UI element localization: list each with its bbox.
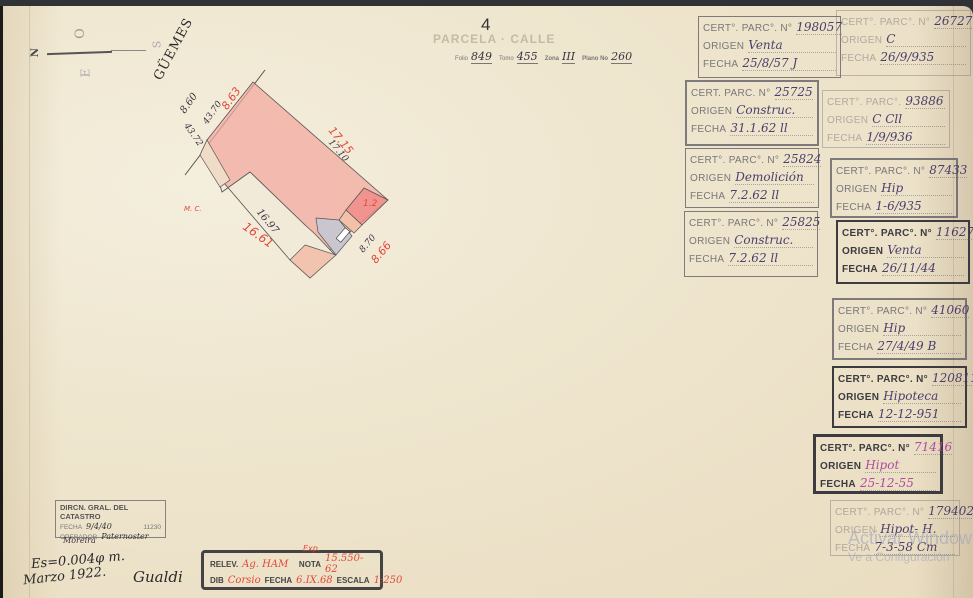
cert-stamp-4: CERT°. PARC°.93886 ORIGENC Cll FECHA1/9/… — [822, 90, 950, 148]
tomo-label: Tomo — [499, 56, 514, 62]
fecha-value: 6.IX.68 — [296, 575, 333, 586]
room-label: 1.2 — [363, 199, 377, 209]
relev-stamp: RELEV.Ag. HAMNOTA15.550-62 DIBCorsioFECH… — [201, 550, 383, 590]
cert-stamp-8: CERT°. PARC°. N°116270 ORIGENVenta FECHA… — [836, 220, 970, 284]
cert-stamp-1: CERT°. PARC°. N°198057 ORIGENVenta FECHA… — [698, 16, 841, 78]
dib-value: Corsio — [228, 575, 261, 586]
cert-stamp-10: CERT°. PARC°. N°120811 ORIGENHipoteca FE… — [832, 366, 967, 428]
escala-value: 1:250 — [374, 575, 403, 586]
plano-label: Plano No — [582, 56, 608, 62]
catastro-number: 11230 — [143, 524, 161, 531]
zona-value: III — [562, 50, 575, 64]
compass-north: N — [30, 48, 41, 57]
cert-stamp-7: CERT°. PARC°. N°25825 ORIGENConstruc. FE… — [684, 211, 818, 277]
nota-value: 15.550-62 — [325, 553, 374, 575]
exp-label: Exp. — [303, 544, 320, 553]
cert-stamp-2: CERT°. PARC°. N°26727 ORIGENC FECHA26/9/… — [836, 10, 971, 76]
tomo-value: 455 — [517, 50, 538, 64]
relev-value: Ag. HAM — [242, 559, 295, 570]
faint-header-title: PARCELA · CALLE — [433, 32, 555, 46]
folio-value: 849 — [471, 50, 492, 64]
north-arrow — [47, 51, 112, 55]
activation-watermark-title: Activar Windows — [848, 528, 973, 549]
folio-label: Folio — [455, 56, 468, 62]
cert-stamp-3: CERT. PARC. N°25725 ORIGENConstruc. FECH… — [685, 80, 819, 146]
activation-watermark-subtitle: Ve a Configuración — [848, 550, 949, 564]
catastro-operator: Paternoster — [101, 532, 148, 541]
catastro-date: 9/4/40 — [86, 522, 112, 531]
compass-south: S — [150, 41, 163, 49]
plano-value: 260 — [611, 50, 632, 64]
cert-stamp-11: CERT°. PARC°. N°71416 ORIGENHipot FECHA2… — [813, 434, 943, 494]
catastro-stamp: DIRCN. GRAL. DEL CATASTRO FECHA9/4/40112… — [55, 500, 166, 538]
compass-west: O — [73, 28, 88, 39]
catastro-title: DIRCN. GRAL. DEL CATASTRO — [60, 503, 161, 521]
mc-label: M. C. — [184, 205, 202, 213]
catastro-signature: Moreira — [63, 536, 96, 545]
zona-label: Zona — [545, 56, 559, 62]
folio-line: Folio 849 Tomo 455 Zona III Plano No 260 — [455, 50, 632, 64]
signature: Gualdi — [133, 568, 183, 586]
margin-line — [29, 6, 30, 598]
scanned-plan-sheet: N O E S 4 PARCELA · CALLE Folio 849 Tomo… — [3, 6, 973, 598]
compass-east: E — [78, 69, 92, 78]
cert-stamp-9: CERT°. PARC°. N°41060 ORIGENHip FECHA27/… — [832, 298, 967, 360]
cert-stamp-5: CERT°. PARC°. N°25824 ORIGENDemolición F… — [685, 148, 819, 208]
cert-stamp-6: CERT°. PARC°. N°87433 ORIGENHip FECHA1-6… — [830, 158, 958, 218]
